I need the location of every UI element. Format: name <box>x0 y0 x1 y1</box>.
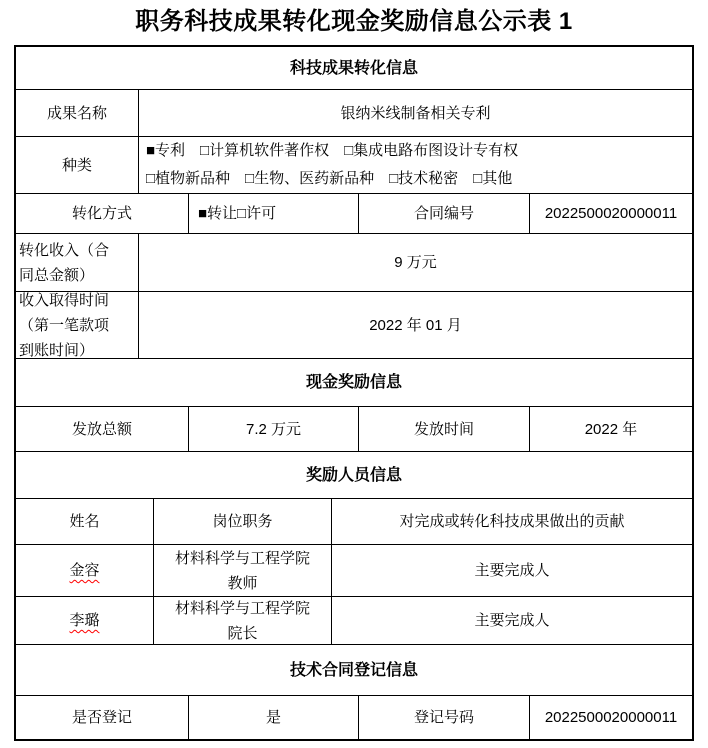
transform-method-label: 转化方式 <box>16 194 189 233</box>
reward-total-label: 发放总额 <box>16 407 189 451</box>
personnel-contribution-header: 对完成或转化科技成果做出的贡献 <box>332 499 692 544</box>
person-row: 李璐 材料科学与工程学院 院长 主要完成人 <box>16 597 692 645</box>
section-header-cash-reward: 现金奖励信息 <box>16 359 692 406</box>
transform-method-row: 转化方式 ■转让□许可 合同编号 2022500020000011 <box>16 194 692 234</box>
person-name: 李璐 <box>69 608 99 633</box>
transform-income-label: 转化收入（合 同总金额） <box>16 234 139 291</box>
registration-number-value: 2022500020000011 <box>530 696 692 739</box>
section-row-registration: 技术合同登记信息 <box>16 645 692 696</box>
section-row-cash-reward: 现金奖励信息 <box>16 359 692 407</box>
page-title: 职务科技成果转化现金奖励信息公示表 1 <box>0 0 708 37</box>
section-header-personnel: 奖励人员信息 <box>16 452 692 498</box>
registration-number-label: 登记号码 <box>359 696 530 739</box>
section-header-registration: 技术合同登记信息 <box>16 645 692 695</box>
registration-status-value: 是 <box>189 696 359 739</box>
personnel-name-header: 姓名 <box>16 499 154 544</box>
registration-status-label: 是否登记 <box>16 696 189 739</box>
reward-time-value: 2022 年 <box>530 407 692 451</box>
transform-method-value: ■转让□许可 <box>189 194 359 233</box>
person-name-cell: 李璐 <box>16 597 154 644</box>
person-name: 金容 <box>69 558 99 583</box>
person-name-cell: 金容 <box>16 545 154 596</box>
achievement-type-label: 种类 <box>16 137 139 193</box>
income-time-value: 2022 年 01 月 <box>139 292 692 358</box>
document-page: 职务科技成果转化现金奖励信息公示表 1 科技成果转化信息 成果名称 银纳米线制备… <box>0 0 708 748</box>
person-row: 金容 材料科学与工程学院 教师 主要完成人 <box>16 545 692 597</box>
transform-income-value: 9 万元 <box>139 234 692 291</box>
public-notice-table: 科技成果转化信息 成果名称 银纳米线制备相关专利 种类 ■专利 □计算机软件著作… <box>14 45 694 741</box>
achievement-type-options-line2: □植物新品种 □生物、医药新品种 □技术秘密 □其他 <box>146 165 518 193</box>
personnel-header-row: 姓名 岗位职务 对完成或转化科技成果做出的贡献 <box>16 499 692 545</box>
transform-income-row: 转化收入（合 同总金额） 9 万元 <box>16 234 692 292</box>
person-contribution: 主要完成人 <box>332 597 692 644</box>
registration-row: 是否登记 是 登记号码 2022500020000011 <box>16 696 692 739</box>
reward-total-value: 7.2 万元 <box>189 407 359 451</box>
income-time-label: 收入取得时间 （第一笔款项 到账时间） <box>16 292 139 358</box>
contract-number-value: 2022500020000011 <box>530 194 692 233</box>
section-header-transformation: 科技成果转化信息 <box>16 47 692 89</box>
achievement-type-value: ■专利 □计算机软件著作权 □集成电路布图设计专有权 □植物新品种 □生物、医药… <box>139 137 692 193</box>
section-row-transformation: 科技成果转化信息 <box>16 47 692 90</box>
section-row-personnel: 奖励人员信息 <box>16 452 692 499</box>
achievement-type-row: 种类 ■专利 □计算机软件著作权 □集成电路布图设计专有权 □植物新品种 □生物… <box>16 137 692 194</box>
reward-amount-row: 发放总额 7.2 万元 发放时间 2022 年 <box>16 407 692 452</box>
contract-number-label: 合同编号 <box>359 194 530 233</box>
income-time-row: 收入取得时间 （第一笔款项 到账时间） 2022 年 01 月 <box>16 292 692 359</box>
person-position: 材料科学与工程学院 教师 <box>154 545 332 596</box>
achievement-name-row: 成果名称 银纳米线制备相关专利 <box>16 90 692 137</box>
person-contribution: 主要完成人 <box>332 545 692 596</box>
achievement-type-options-line1: ■专利 □计算机软件著作权 □集成电路布图设计专有权 <box>146 137 518 165</box>
reward-time-label: 发放时间 <box>359 407 530 451</box>
person-position: 材料科学与工程学院 院长 <box>154 597 332 644</box>
achievement-name-value: 银纳米线制备相关专利 <box>139 90 692 136</box>
achievement-name-label: 成果名称 <box>16 90 139 136</box>
personnel-position-header: 岗位职务 <box>154 499 332 544</box>
